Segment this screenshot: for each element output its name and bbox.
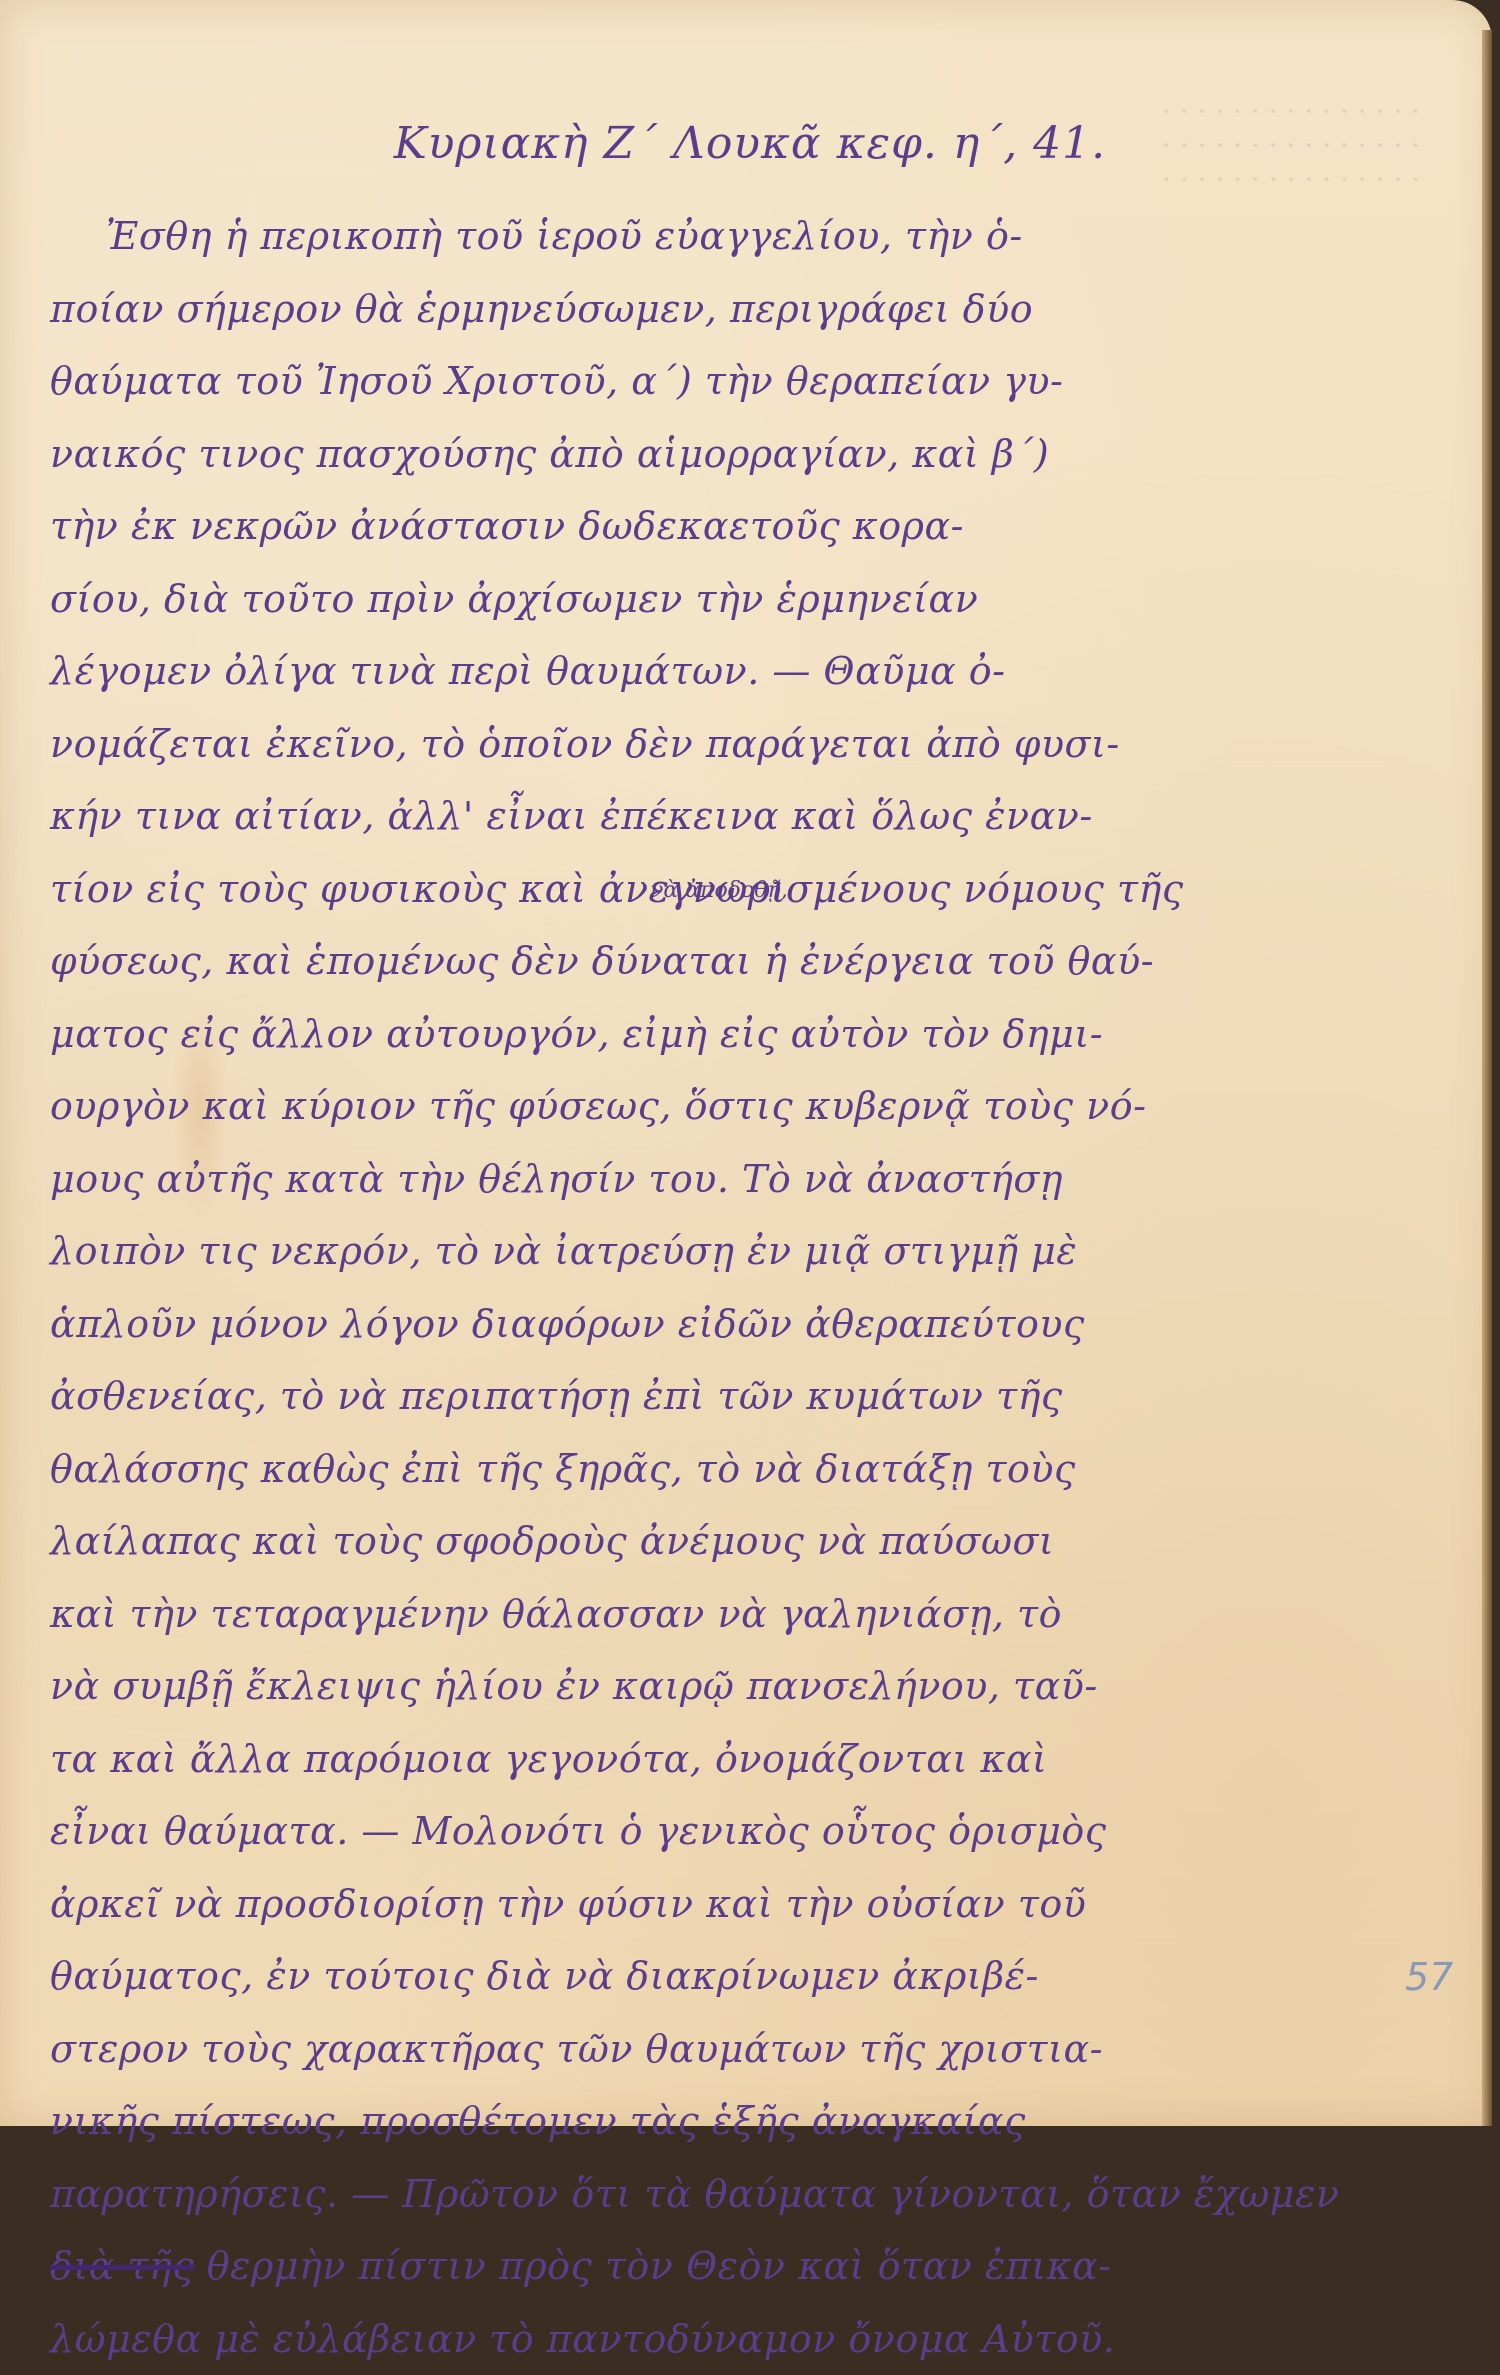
page-edge — [1482, 30, 1492, 2126]
text-line-12: ματος εἰς ἄλλον αὐτουργόν, εἰμὴ εἰς αὐτὸ… — [50, 998, 1340, 1071]
text-line-5: τὴν ἐκ νεκρῶν ἀνάστασιν δωδεκαετοῦς κορα… — [50, 490, 1340, 563]
text-line-23: εἶναι θαύματα. — Μολονότι ὁ γενικὸς οὗτο… — [50, 1795, 1340, 1868]
text-line-9: κήν τινα αἰτίαν, ἀλλ' εἶναι ἐπέκεινα καὶ… — [50, 780, 1340, 853]
text-line-22: τα καὶ ἄλλα παρόμοια γεγονότα, ὀνομάζοντ… — [50, 1723, 1340, 1796]
text-line-15: λοιπὸν τις νεκρόν, τὸ νὰ ἰατρεύσῃ ἐν μιᾷ… — [50, 1215, 1340, 1288]
text-line-16: ἁπλοῦν μόνον λόγον διαφόρων εἰδῶν ἀθεραπ… — [50, 1288, 1340, 1361]
text-line-14: μους αὐτῆς κατὰ τὴν θέλησίν του. Τὸ νὰ ἀ… — [50, 1143, 1340, 1216]
text-line-25: θαύματος, ἐν τούτοις διὰ νὰ διακρίνωμεν … — [50, 1940, 1340, 2013]
text-line-26: στερον τοὺς χαρακτῆρας τῶν θαυμάτων τῆς … — [50, 2013, 1340, 2086]
text-line-27: νικῆς πίστεως, προσθέτομεν τὰς ἑξῆς ἀναγ… — [50, 2085, 1340, 2126]
text-line-2: ποίαν σήμερον θὰ ἑρμηνεύσωμεν, περιγράφε… — [50, 273, 1340, 346]
text-line-6: σίου, διὰ τοῦτο πρὶν ἀρχίσωμεν τὴν ἑρμην… — [50, 563, 1340, 636]
text-line-18: θαλάσσης καθὼς ἐπὶ τῆς ξηρᾶς, τὸ νὰ διατ… — [50, 1433, 1340, 1506]
text-line-7: λέγομεν ὀλίγα τινὰ περὶ θαυμάτων. — Θαῦμ… — [50, 635, 1340, 708]
text-line-19: λαίλαπας καὶ τοὺς σφοδροὺς ἀνέμους νὰ πα… — [50, 1505, 1340, 1578]
text-line-13: ουργὸν καὶ κύριον τῆς φύσεως, ὅστις κυβε… — [50, 1070, 1340, 1143]
text-line-24: ἀρκεῖ νὰ προσδιορίσῃ τὴν φύσιν καὶ τὴν ο… — [50, 1868, 1340, 1941]
page-title: Κυριακὴ Ζ΄ Λουκᾶ κεφ. η΄, 41. — [0, 118, 1500, 169]
text-line-21: νὰ συμβῇ ἔκλειψις ἡλίου ἐν καιρῷ πανσελή… — [50, 1650, 1340, 1723]
text-line-20: καὶ τὴν τεταραγμένην θάλασσαν νὰ γαληνιά… — [50, 1578, 1340, 1651]
text-line-8: νομάζεται ἐκεῖνο, τὸ ὁποῖον δὲν παράγετα… — [50, 708, 1340, 781]
text-line-11: φύσεως, καὶ ἑπομένως δὲν δύναται ἡ ἐνέργ… — [50, 925, 1340, 998]
text-line-4: ναικός τινος πασχούσης ἀπὸ αἱμορραγίαν, … — [50, 418, 1340, 491]
manuscript-page: · · · · · · · · · · · · · · ·· · · · · ·… — [0, 0, 1492, 2126]
interlinear-insertion: νὰ ἀποδοθῇ, — [650, 880, 788, 902]
text-line-17: ἀσθενείας, τὸ νὰ περιπατήσῃ ἐπὶ τῶν κυμά… — [50, 1360, 1340, 1433]
text-line-3: θαύματα τοῦ Ἰησοῦ Χριστοῦ, α΄) τὴν θεραπ… — [50, 345, 1340, 418]
text-line-1: Ἐσθη ἡ περικοπὴ τοῦ ἱεροῦ εὐαγγελίου, τὴ… — [50, 200, 1340, 273]
page-number: 57 — [1405, 1955, 1453, 1999]
manuscript-body: Ἐσθη ἡ περικοπὴ τοῦ ἱεροῦ εὐαγγελίου, τὴ… — [50, 200, 1340, 2126]
